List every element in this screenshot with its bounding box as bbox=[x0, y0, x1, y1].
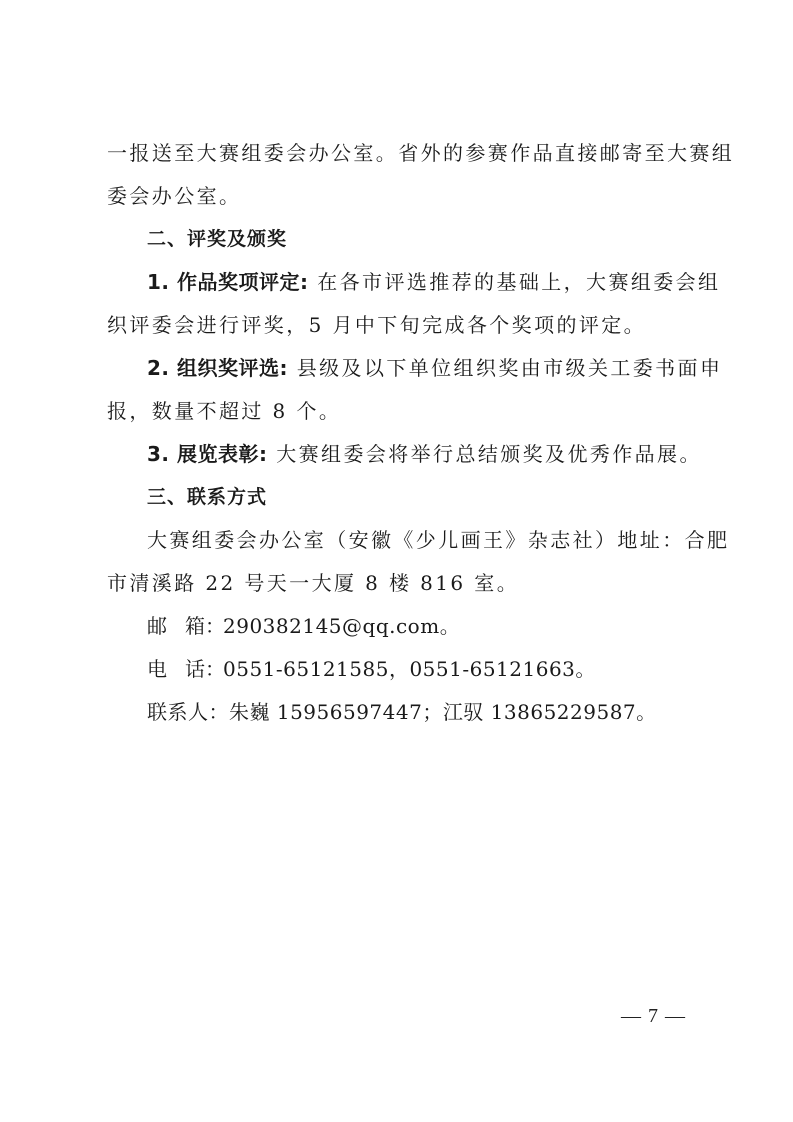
award-item-3-label: 3. 展览表彰: bbox=[147, 442, 267, 466]
section-heading-contact: 三、联系方式 bbox=[147, 485, 727, 509]
award-item-1-cont: 织评委会进行评奖，5 月中下旬完成各个奖项的评定。 bbox=[107, 313, 687, 337]
contact-person-row: 联系人：朱巍 15956597447；江驭 13865229587。 bbox=[147, 700, 727, 724]
award-item-2-label: 2. 组织奖评选: bbox=[147, 356, 288, 380]
award-item-1-label: 1. 作品奖项评定: bbox=[147, 270, 308, 294]
award-item-2-cont: 报，数量不超过 8 个。 bbox=[107, 399, 687, 423]
award-item-1: 1. 作品奖项评定: 在各市评选推荐的基础上，大赛组委会组 bbox=[147, 270, 727, 294]
award-item-3: 3. 展览表彰: 大赛组委会将举行总结颁奖及优秀作品展。 bbox=[147, 442, 727, 466]
contact-person-label: 联系人： bbox=[147, 700, 229, 724]
email-value: 290382145@qq.com。 bbox=[223, 614, 460, 638]
address-line: 大赛组委会办公室（安徽《少儿画王》杂志社）地址：合肥 bbox=[147, 528, 727, 552]
award-item-2-text: 县级及以下单位组织奖由市级关工委书面申 bbox=[288, 356, 722, 380]
document-page: 一报送至大赛组委会办公室。省外的参赛作品直接邮寄至大赛组 委会办公室。 二、评奖… bbox=[0, 0, 793, 1122]
page-number: — 7 — bbox=[621, 1005, 686, 1028]
contact-person-value: 朱巍 15956597447；江驭 13865229587。 bbox=[229, 700, 657, 724]
phone-value: 0551-65121585，0551-65121663。 bbox=[223, 657, 596, 681]
phone-label: 电话： bbox=[147, 657, 223, 681]
paragraph-line: 一报送至大赛组委会办公室。省外的参赛作品直接邮寄至大赛组 bbox=[107, 141, 687, 165]
phone-row: 电话：0551-65121585，0551-65121663。 bbox=[147, 657, 727, 681]
award-item-2: 2. 组织奖评选: 县级及以下单位组织奖由市级关工委书面申 bbox=[147, 356, 727, 380]
address-line-cont: 市清溪路 22 号天一大厦 8 楼 816 室。 bbox=[107, 571, 687, 595]
section-heading-awards: 二、评奖及颁奖 bbox=[147, 227, 727, 251]
email-row: 邮箱：290382145@qq.com。 bbox=[147, 614, 727, 638]
paragraph-line: 委会办公室。 bbox=[107, 184, 687, 208]
award-item-1-text: 在各市评选推荐的基础上，大赛组委会组 bbox=[308, 270, 720, 294]
email-label: 邮箱： bbox=[147, 614, 223, 638]
award-item-3-text: 大赛组委会将举行总结颁奖及优秀作品展。 bbox=[267, 442, 701, 466]
